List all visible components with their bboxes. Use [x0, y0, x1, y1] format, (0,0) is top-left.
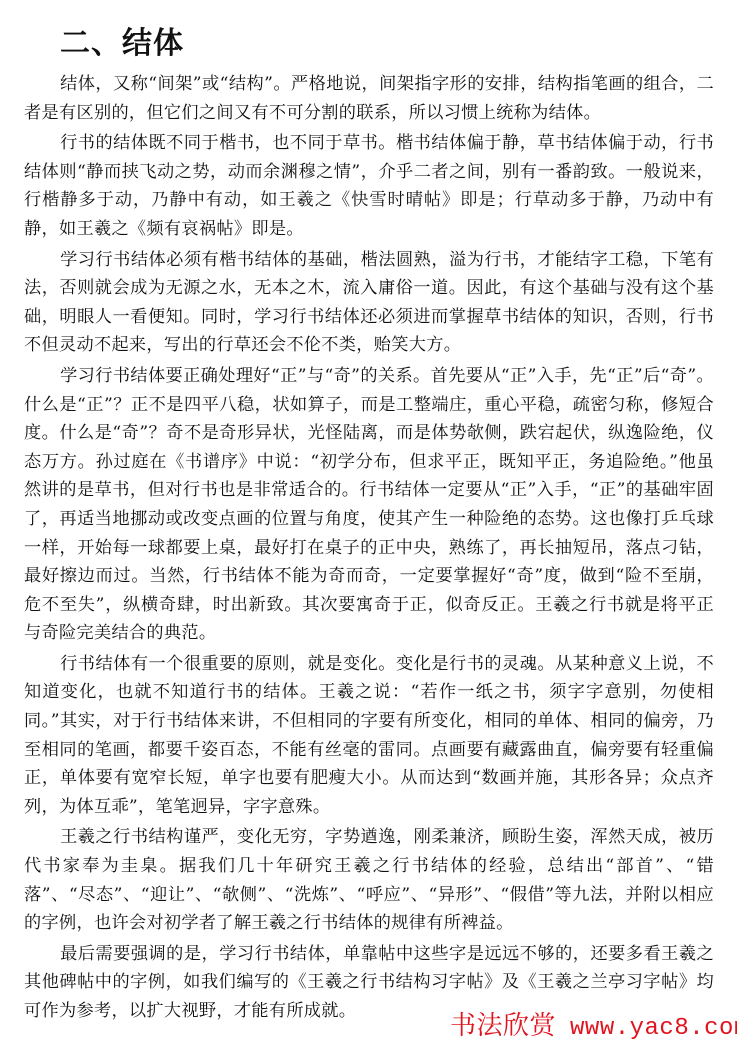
watermark-label: 书法欣赏: [450, 1011, 556, 1041]
paragraph-definition: 结体，又称“间架”或“结构”。严格地说，间架指字形的安排，结构指笔画的组合，二者…: [24, 70, 714, 127]
watermark-url: www.yac8.com: [570, 1015, 737, 1042]
document-body: 结体，又称“间架”或“结构”。严格地说，间架指字形的安排，结构指笔画的组合，二者…: [24, 70, 714, 1026]
paragraph-comparison: 行书的结体既不同于楷书，也不同于草书。楷书结体偏于静，草书结体偏于动，行书结体则…: [24, 129, 714, 243]
watermark: 书法欣赏www.yac8.com: [450, 1005, 737, 1042]
paragraph-foundation: 学习行书结体必须有楷书结体的基础，楷法圆熟，溢为行书，才能结字工稳，下笔有法，否…: [24, 246, 714, 360]
section-title: 二、结体: [60, 18, 184, 62]
paragraph-nine-methods: 王羲之行书结构谨严，变化无穷，字势遒逸，刚柔兼济，顾盼生姿，浑然天成，被历代书家…: [24, 823, 714, 937]
paragraph-zheng-qi: 学习行书结体要正确处理好“正”与“奇”的关系。首先要从“正”入手，先“正”后“奇…: [24, 362, 714, 648]
paragraph-variation: 行书结体有一个很重要的原则，就是变化。变化是行书的灵魂。从某种意义上说，不知道变…: [24, 650, 714, 822]
